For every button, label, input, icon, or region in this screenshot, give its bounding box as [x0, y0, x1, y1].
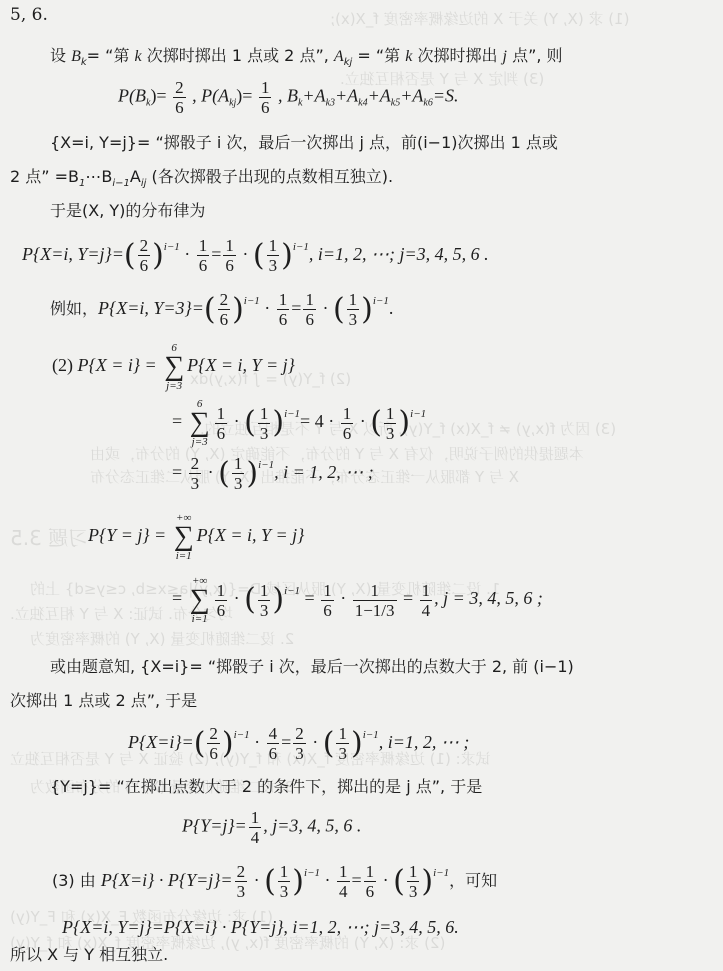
denominator: 3	[347, 310, 360, 329]
text-line: 次掷出 1 点或 2 点”, 于是	[10, 690, 197, 712]
math: P(B	[118, 86, 146, 106]
scanned-page: (1) 求 (X, Y) 关于 X 的边缘概率密度 f_X(x); (3) 判定…	[0, 0, 723, 971]
denominator: 6	[267, 744, 280, 763]
math-symbol: A	[334, 48, 344, 65]
bleed-through-text: 2. 设二维随机变量 (X, Y) 的概率密度为	[30, 628, 294, 649]
numerator: 2	[138, 236, 151, 256]
fraction: 16	[277, 290, 290, 329]
numerator: 1	[223, 236, 236, 256]
text: ⋯B	[85, 167, 112, 186]
exponent: i−1	[284, 408, 300, 420]
denominator: 3	[384, 424, 397, 443]
denominator: 3	[278, 882, 291, 901]
math: , i=1, 2, ⋯ ;	[379, 732, 470, 752]
paren: )	[272, 405, 284, 440]
sum-lower: i=1	[190, 613, 210, 625]
equation-independence: P{X=i, Y=j}=P{X=i} · P{Y=j}, i=1, 2, ⋯; …	[62, 916, 459, 938]
math: =	[281, 732, 291, 752]
fraction: 26	[138, 236, 151, 275]
math: , i=1, 2, ⋯; j=3, 4, 5, 6 .	[309, 244, 489, 264]
denominator: 6	[207, 744, 220, 763]
text-line: 于是(X, Y)的分布律为	[50, 200, 205, 222]
denominator: 6	[259, 98, 272, 117]
denominator: 6	[321, 601, 334, 620]
fraction: 16	[223, 236, 236, 275]
math: P{X=i, Y=3}=	[98, 298, 204, 318]
exponent: i−1	[234, 729, 250, 741]
denominator: 3	[267, 256, 280, 275]
text: 点”, 则	[507, 46, 563, 65]
exponent: i−1	[304, 867, 320, 879]
conclusion-line: 所以 X 与 Y 相互独立.	[10, 944, 168, 966]
sigma-symbol: ∑	[190, 587, 210, 613]
denominator: 4	[249, 828, 262, 847]
math: +A	[302, 86, 325, 106]
denominator: 6	[303, 310, 316, 329]
paren: (	[194, 726, 206, 761]
fraction: 23	[235, 862, 248, 901]
denominator: 3	[189, 474, 202, 493]
exponent: i−1	[284, 585, 300, 597]
sigma-symbol: ∑	[164, 354, 184, 380]
math-symbol: k	[135, 48, 142, 65]
bleed-through-text: (1) 求 (X, Y) 关于 X 的边缘概率密度 f_X(x);	[330, 8, 630, 29]
fraction: 13	[336, 724, 349, 763]
equation-marginal-y-result: = +∞∑i=116 · (13)i−1 = 16 · 11−1/3 = 14,…	[172, 575, 543, 625]
denominator: 6	[277, 310, 290, 329]
math: , i = 1, 2, ⋯ ;	[274, 462, 374, 482]
paren: (	[370, 405, 382, 440]
paren: )	[292, 864, 304, 899]
fraction: 16	[303, 290, 316, 329]
fraction: 13	[267, 236, 280, 275]
denominator: 6	[215, 601, 228, 620]
numerator: 1	[364, 862, 377, 882]
fraction: 14	[337, 862, 350, 901]
equation-joint-distribution: P{X=i, Y=j}=(26)i−1 · 16=16 · (13)i−1, i…	[22, 236, 489, 275]
denominator: 4	[337, 882, 350, 901]
denominator: 3	[258, 424, 271, 443]
numerator: 2	[293, 724, 306, 744]
math: =	[352, 870, 362, 890]
fraction: 16	[215, 404, 228, 443]
text-line: 5, 6.	[10, 4, 48, 26]
denominator: 3	[336, 744, 349, 763]
event-definition-line: {X=i, Y=j}= “掷骰子 i 次，最后一次掷出 j 点，前(i−1)次掷…	[50, 132, 558, 154]
fraction: 16	[259, 78, 272, 117]
summation: +∞∑i=1	[174, 512, 194, 562]
paren: )	[398, 405, 410, 440]
math: P{X = i, Y = j}	[197, 525, 305, 545]
fraction: 14	[420, 581, 433, 620]
equation-example: 例如，P{X=i, Y=3}=(26)i−1 · 16=16 · (13)i−1…	[50, 290, 393, 329]
numerator: 2	[207, 724, 220, 744]
math: ·	[184, 244, 195, 264]
fraction: 26	[173, 78, 186, 117]
math: =	[211, 244, 221, 264]
fraction: 16	[215, 581, 228, 620]
math-symbol: B	[71, 48, 81, 65]
paren: (	[264, 864, 276, 899]
denominator: 3	[293, 744, 306, 763]
numerator: 1	[258, 404, 271, 424]
paren: )	[281, 238, 293, 273]
fraction: 13	[258, 581, 271, 620]
math: =S.	[433, 86, 459, 106]
sum-lower: j=3	[164, 380, 184, 392]
math: P{Y = j} =	[88, 525, 171, 545]
fraction: 16	[364, 862, 377, 901]
denominator: 1−1/3	[353, 601, 397, 620]
bleed-through-text: 习题 3.5	[10, 522, 88, 551]
numerator: 1	[347, 290, 360, 310]
paren: (	[244, 582, 256, 617]
paren: (	[204, 292, 216, 327]
paren: )	[246, 456, 258, 491]
alternative-reasoning-line: 或由题意知, {X=i}= “掷骰子 i 次，最后一次掷出的点数大于 2, 前 …	[50, 656, 574, 678]
numerator: 1	[215, 581, 228, 601]
sum-lower: i=1	[174, 550, 194, 562]
numerator: 1	[249, 808, 262, 828]
numerator: 1	[258, 581, 271, 601]
denominator: 6	[218, 310, 231, 329]
math: +A	[400, 86, 423, 106]
fraction: 13	[258, 404, 271, 443]
text: = “第	[352, 46, 405, 65]
paren: )	[152, 238, 164, 273]
subscript: k4	[358, 98, 367, 109]
exponent: i−1	[363, 729, 379, 741]
definition-line: 设 Bk= “第 k 次掷时掷出 1 点或 2 点”, Akj = “第 k 次…	[50, 45, 563, 74]
denominator: 6	[173, 98, 186, 117]
equation-px: P{X=i}=(26)i−1 · 46=23 · (13)i−1, i=1, 2…	[128, 724, 469, 763]
equation-marginal-y: P{Y = j} = +∞∑i=1P{X = i, Y = j}	[88, 512, 304, 562]
fraction: 13	[407, 862, 420, 901]
fraction: 13	[278, 862, 291, 901]
numerator: 2	[218, 290, 231, 310]
fraction: 26	[207, 724, 220, 763]
fraction: 26	[218, 290, 231, 329]
math: P{X=i}=	[128, 732, 194, 752]
numerator: 1	[341, 404, 354, 424]
fraction: 13	[347, 290, 360, 329]
denominator: 6	[364, 882, 377, 901]
numerator: 1	[277, 290, 290, 310]
paren: (	[253, 238, 265, 273]
fraction: 11−1/3	[353, 581, 397, 620]
denominator: 6	[341, 424, 354, 443]
sigma-symbol: ∑	[174, 524, 194, 550]
math: =	[172, 588, 187, 608]
numerator: 1	[303, 290, 316, 310]
subscript: k3	[326, 98, 335, 109]
numerator: 1	[336, 724, 349, 744]
exponent: i−1	[373, 295, 389, 307]
event-definition-line: {Y=j}= “在掷出点数大于 2 的条件下，掷出的是 j 点”, 于是	[50, 776, 482, 798]
paren: (	[333, 292, 345, 327]
equation-marginal-x-step: = 6∑j=316 · (13)i−1= 4 · 16 · (13)i−1	[172, 398, 426, 448]
denominator: 3	[232, 474, 245, 493]
paren: (	[244, 405, 256, 440]
equation-probabilities: P(Bk)= 26 , P(Akj)= 16 , Bk+Ak3+Ak4+Ak5+…	[118, 78, 459, 117]
fraction: 16	[321, 581, 334, 620]
fraction: 23	[189, 454, 202, 493]
denominator: 6	[223, 256, 236, 275]
numerator: 1	[384, 404, 397, 424]
numerator: 1	[259, 78, 272, 98]
paren: )	[351, 726, 363, 761]
numerator: 1	[215, 404, 228, 424]
math: =	[172, 462, 187, 482]
subscript: k6	[423, 98, 432, 109]
paren: (	[218, 456, 230, 491]
text: 次掷时掷出 1 点或 2 点”,	[142, 46, 334, 65]
equation-marginal-x-result: = 23 · (13)i−1, i = 1, 2, ⋯ ;	[172, 454, 374, 493]
math: P{X=i} · P{Y=j}=	[101, 870, 233, 890]
text: = “第	[87, 46, 135, 65]
math: +A	[368, 86, 391, 106]
numerator: 1	[197, 236, 210, 256]
text: ，可知	[449, 871, 497, 890]
numerator: 4	[267, 724, 280, 744]
paren: )	[272, 582, 284, 617]
denominator: 6	[197, 256, 210, 275]
numerator: 1	[420, 581, 433, 601]
summation: 6∑j=3	[190, 398, 210, 448]
math: , P(A	[192, 86, 229, 106]
math: , j = 3, 4, 5, 6 ;	[434, 588, 543, 608]
equation-product-check: (3) 由 P{X=i} · P{Y=j}=23 · (13)i−1 · 14=…	[52, 862, 497, 901]
paren: )	[361, 292, 373, 327]
denominator: 3	[235, 882, 248, 901]
math: , j=3, 4, 5, 6 .	[263, 816, 361, 836]
numerator: 2	[189, 454, 202, 474]
fraction: 16	[197, 236, 210, 275]
text: 2 点” =B	[10, 167, 79, 186]
exponent: i−1	[244, 295, 260, 307]
paren: (	[323, 726, 335, 761]
fraction: 13	[384, 404, 397, 443]
sum-lower: j=3	[190, 436, 210, 448]
summation: 6∑j=3	[164, 342, 184, 392]
sigma-symbol: ∑	[190, 410, 210, 436]
exponent: i−1	[258, 459, 274, 471]
part-label: (3) 由	[52, 871, 101, 890]
denominator: 3	[258, 601, 271, 620]
numerator: 1	[337, 862, 350, 882]
fraction: 23	[293, 724, 306, 763]
math: P{Y=j}=	[182, 816, 247, 836]
text: (各次掷骰子出现的点数相互独立).	[146, 167, 393, 186]
subscript: i−1	[112, 178, 130, 189]
paren: (	[124, 238, 136, 273]
math: =	[300, 588, 319, 608]
equation-marginal-x: (2) P{X = i} = 6∑j=3P{X = i, Y = j}	[52, 342, 295, 392]
exponent: i−1	[164, 241, 180, 253]
text: 设	[50, 46, 71, 65]
numerator: 1	[232, 454, 245, 474]
denominator: 4	[420, 601, 433, 620]
numerator: 2	[173, 78, 186, 98]
math: )=	[236, 86, 252, 106]
numerator: 2	[235, 862, 248, 882]
subscript: kj	[344, 57, 353, 68]
numerator: 1	[407, 862, 420, 882]
exponent: i−1	[433, 867, 449, 879]
math: =	[399, 588, 418, 608]
math: .	[389, 298, 394, 318]
subscript: k5	[391, 98, 400, 109]
math: +A	[335, 86, 358, 106]
numerator: 1	[267, 236, 280, 256]
fraction: 46	[267, 724, 280, 763]
math: )=	[150, 86, 166, 106]
exponent: i−1	[293, 241, 309, 253]
paren: )	[232, 292, 244, 327]
numerator: 1	[321, 581, 334, 601]
denominator: 3	[407, 882, 420, 901]
denominator: 6	[138, 256, 151, 275]
fraction: 16	[341, 404, 354, 443]
math: P{X = i, Y = j}	[187, 355, 295, 375]
summation: +∞∑i=1	[190, 575, 210, 625]
exponent: i−1	[410, 408, 426, 420]
math: P{X=i, Y=j}=	[22, 244, 124, 264]
numerator: 1	[278, 862, 291, 882]
text: 例如，	[50, 299, 98, 318]
fraction: 14	[249, 808, 262, 847]
equation-py: P{Y=j}=14, j=3, 4, 5, 6 .	[182, 808, 361, 847]
math: P{X = i} =	[78, 355, 162, 375]
math: = 4 ·	[300, 411, 339, 431]
numerator: 1	[353, 581, 397, 601]
text: 次掷时掷出	[412, 46, 502, 65]
event-product-line: 2 点” =B1⋯Bi−1Aij (各次掷骰子出现的点数相互独立).	[10, 166, 393, 195]
text: A	[130, 167, 141, 186]
math: =	[172, 411, 187, 431]
paren: )	[222, 726, 234, 761]
fraction: 13	[232, 454, 245, 493]
paren: (	[393, 864, 405, 899]
paren: )	[421, 864, 433, 899]
part-label: (2)	[52, 355, 78, 375]
math: , B	[278, 86, 298, 106]
denominator: 6	[215, 424, 228, 443]
